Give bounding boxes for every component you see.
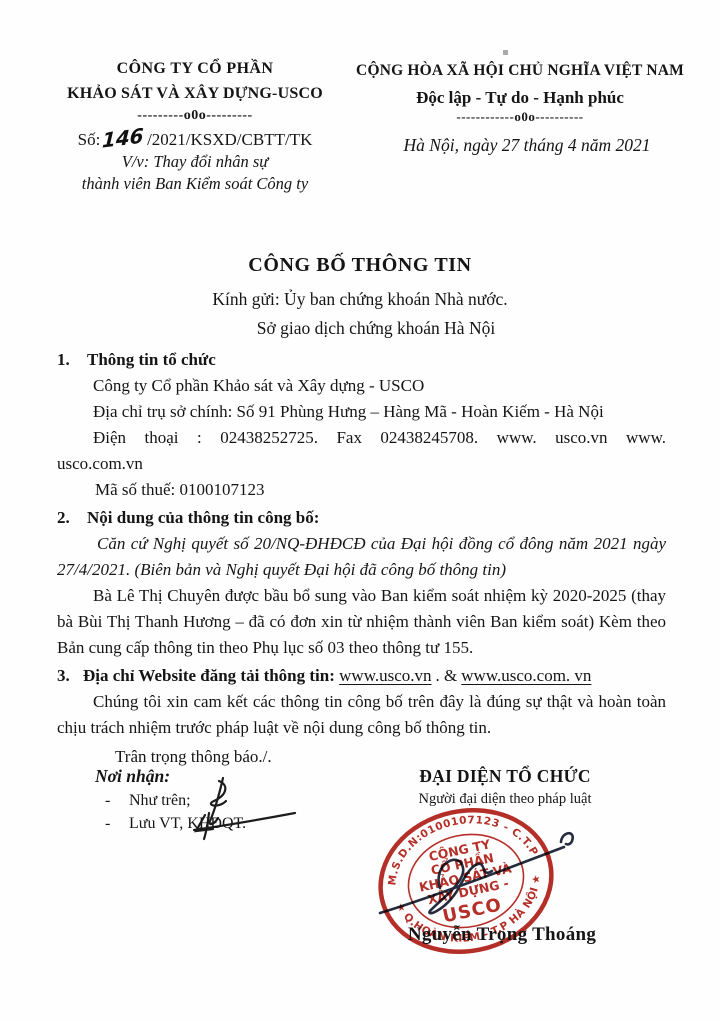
section2-number: 2. [57, 505, 87, 531]
company-name-line1: CÔNG TY CỔ PHẦN [52, 60, 338, 78]
company-name-line2: KHẢO SÁT VÀ XÂY DỰNG-USCO [52, 85, 338, 103]
legal-basis-paragraph: Căn cứ Nghị quyết số 20/NQ-ĐHĐCĐ của Đại… [57, 531, 666, 583]
representative-title: ĐẠI DIỆN TỔ CHỨC [385, 766, 625, 787]
subject-line2: thành viên Ban Kiểm soát Công ty [52, 174, 338, 194]
signer-name: Nguyễn Trọng Thoáng [389, 924, 615, 946]
handwritten-signature [366, 816, 582, 928]
letterhead-left: CÔNG TY CỔ PHẦN KHẢO SÁT VÀ XÂY DỰNG-USC… [52, 60, 338, 194]
website-link-separator: . & [436, 666, 458, 685]
section3-heading: 3.Địa chỉ Website đăng tải thông tin: ww… [57, 663, 666, 689]
section2-heading-text: Nội dung của thông tin công bố: [87, 508, 319, 527]
scanned-document-page: CÔNG TY CỔ PHẦN KHẢO SÁT VÀ XÂY DỰNG-USC… [0, 0, 720, 1021]
section1-heading-text: Thông tin tổ chức [87, 350, 216, 369]
document-title: CÔNG BỐ THÔNG TIN [0, 254, 720, 277]
disclosure-content-paragraph: Bà Lê Thị Chuyên được bầu bổ sung vào Ba… [57, 583, 666, 661]
recipient-line2: Sở giao dịch chứng khoán Hà Nội [0, 318, 720, 339]
section3-heading-text: Địa chỉ Website đăng tải thông tin: [83, 666, 335, 685]
document-body: 1.Thông tin tổ chức Công ty Cổ phần Khảo… [57, 347, 666, 770]
place-date-line: Hà Nội, ngày 27 tháng 4 năm 2021 [350, 135, 690, 156]
recipients-item-1-text: Như trên; [129, 792, 191, 810]
document-number-label: Số: [78, 130, 101, 149]
document-number-line: Số:146/2021/KSXD/CBTT/TK [52, 126, 338, 150]
website-link-1: www.usco.vn [339, 666, 431, 685]
commitment-paragraph: Chúng tôi xin cam kết các thông tin công… [57, 689, 666, 741]
representative-block: ĐẠI DIỆN TỔ CHỨC Người đại diện theo phá… [385, 766, 625, 808]
subject-line1: V/v: Thay đổi nhân sự [52, 152, 338, 172]
letterhead-right-divider: ------------o0o---------- [350, 109, 690, 125]
recipients-item-2-prefix: Lưu VT, [129, 815, 183, 833]
letterhead-right: CỘNG HÒA XÃ HỘI CHỦ NGHĨA VIỆT NAM Độc l… [350, 62, 690, 156]
letterhead-left-divider: ---------o0o--------- [52, 108, 338, 124]
recipient-line1: Kính gửi: Ủy ban chứng khoán Nhà nước. [0, 289, 720, 310]
company-phone-fax-web: Điện thoại : 02438252725. Fax 0243824570… [57, 425, 666, 477]
national-motto-line2: Độc lập - Tự do - Hạnh phúc [350, 88, 690, 108]
company-address: Địa chỉ trụ sở chính: Số 91 Phùng Hưng –… [57, 399, 666, 425]
list-dash: - [95, 815, 129, 833]
scan-speck [503, 50, 508, 55]
website-link-2: www.usco.com. vn [461, 666, 591, 685]
company-full-name: Công ty Cổ phần Khảo sát và Xây dựng - U… [57, 373, 666, 399]
handwritten-initials-and-strike [183, 775, 318, 847]
section3-number: 3. [57, 663, 83, 689]
section1-number: 1. [57, 347, 87, 373]
company-tax-code: Mã số thuế: 0100107123 [57, 477, 666, 503]
section2-heading: 2.Nội dung của thông tin công bố: [57, 505, 666, 531]
national-motto-line1: CỘNG HÒA XÃ HỘI CHỦ NGHĨA VIỆT NAM [350, 62, 690, 80]
document-number-rest: /2021/KSXD/CBTT/TK [147, 130, 312, 149]
section1-heading: 1.Thông tin tổ chức [57, 347, 666, 373]
document-number-handwritten: 146 [102, 123, 145, 152]
list-dash: - [95, 792, 129, 810]
